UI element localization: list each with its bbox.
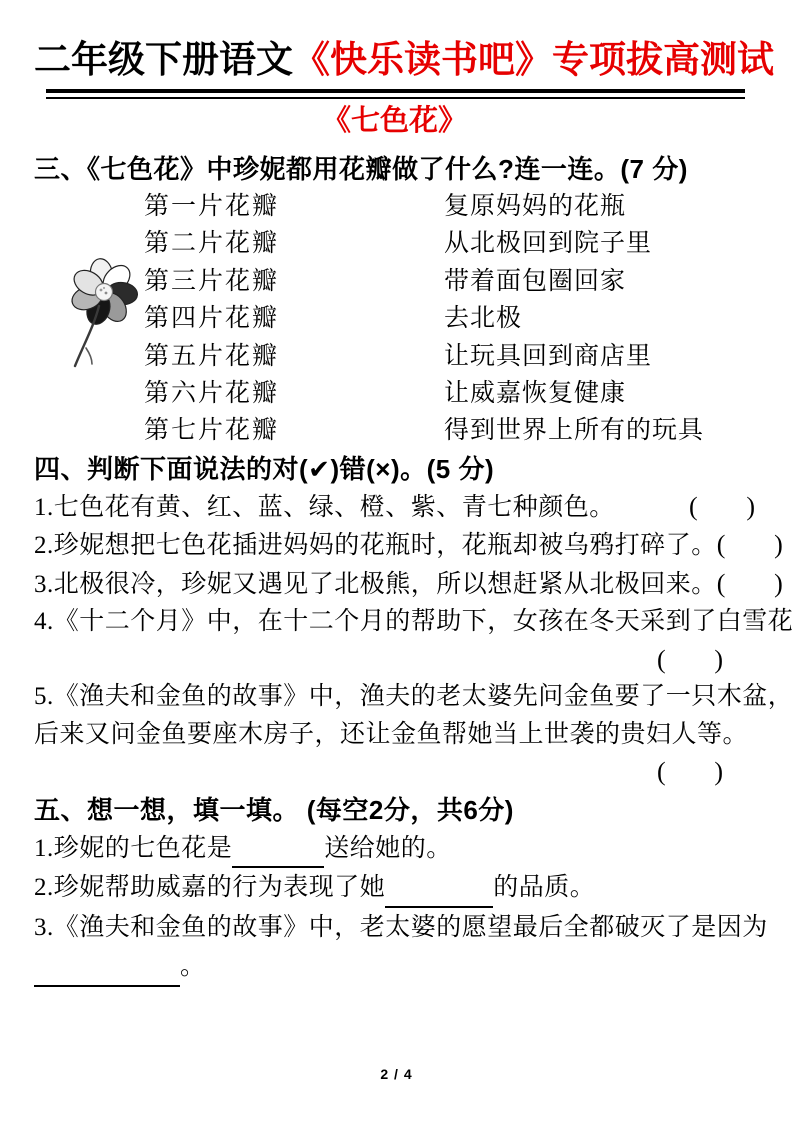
fill-blank-item-1: 1.珍妮的七色花是 送给她的。: [34, 829, 755, 869]
match-row-5: 第五片花瓣 让玩具回到商店里: [34, 338, 755, 375]
paren-open: (: [657, 641, 666, 679]
match-right-item: 得到世界上所有的玩具: [444, 412, 704, 449]
page-number: 2 / 4: [0, 1066, 793, 1082]
answer-parentheses: ( ): [657, 753, 723, 791]
fill-text-before: 3.《渔夫和金鱼的故事》中，老太婆的愿望最后全都破灭了是因为: [34, 908, 768, 948]
fill-text-before: 2.珍妮帮助威嘉的行为表现了她: [34, 868, 385, 908]
fill-text-after: 。: [180, 947, 206, 987]
matching-exercise: 第一片花瓣 复原妈妈的花瓶 第二片花瓣 从北极回到院子里 第三片花瓣 带着面包圈…: [34, 188, 755, 450]
paren-close: ): [746, 488, 755, 526]
paren-open: (: [657, 753, 666, 791]
match-right-item: 让玩具回到商店里: [444, 338, 652, 375]
match-right-item: 从北极回到院子里: [444, 225, 652, 262]
judgment-item-3: 3.北极很冷，珍妮又遇见了北极熊，所以想赶紧从北极回来。 ( ): [34, 565, 755, 604]
match-right-item: 带着面包圈回家: [444, 263, 626, 300]
answer-parentheses: ( ): [689, 488, 755, 526]
paren-open: (: [689, 488, 698, 526]
book-subtitle: 《七色花》: [34, 101, 755, 141]
fill-blank-item-2: 2.珍妮帮助威嘉的行为表现了她 的品质。: [34, 868, 755, 908]
match-left-item: 第一片花瓣: [144, 188, 444, 225]
title-black-part: 二年级下册语文: [34, 39, 293, 80]
match-left-item: 第三片花瓣: [144, 263, 444, 300]
judgment-item-4: 4.《十二个月》中，在十二个月的帮助下，女孩在冬天采到了白雪花。 ( ): [34, 603, 755, 678]
judgment-text: 2.珍妮想把七色花插进妈妈的花瓶时，花瓶却被乌鸦打碎了。: [34, 527, 717, 565]
judgment-text: 5.《渔夫和金鱼的故事》中，渔夫的老太婆先问金鱼要了一只木盆，: [34, 678, 793, 716]
title-divider: [46, 89, 745, 99]
paren-close: ): [714, 753, 723, 791]
match-right-item: 复原妈妈的花瓶: [444, 188, 626, 225]
fill-blank-line: [232, 836, 324, 868]
match-left-item: 第七片花瓣: [144, 412, 444, 449]
paren-close: ): [714, 641, 723, 679]
answer-parentheses-line: ( ): [34, 753, 755, 791]
answer-parentheses: ( ): [717, 565, 783, 603]
match-left-item: 第二片花瓣: [144, 225, 444, 262]
judgment-text: 后来又问金鱼要座木房子，还让金鱼帮她当上世袭的贵妇人等。: [34, 716, 748, 754]
match-row-3: 第三片花瓣 带着面包圈回家: [34, 263, 755, 300]
answer-parentheses-line: ( ): [34, 641, 755, 679]
match-right-item: 让威嘉恢复健康: [444, 375, 626, 412]
judgment-text: 1.七色花有黄、红、蓝、绿、橙、紫、青七种颜色。: [34, 489, 615, 527]
fill-text-after: 送给她的。: [324, 829, 452, 869]
judgment-text: 4.《十二个月》中，在十二个月的帮助下，女孩在冬天采到了白雪花。: [34, 603, 793, 641]
match-row-2: 第二片花瓣 从北极回到院子里: [34, 225, 755, 262]
fill-blank-line: [34, 955, 180, 987]
judgment-item-1: 1.七色花有黄、红、蓝、绿、橙、紫、青七种颜色。 ( ): [34, 488, 755, 527]
match-row-7: 第七片花瓣 得到世界上所有的玩具: [34, 412, 755, 449]
judgment-item-5: 5.《渔夫和金鱼的故事》中，渔夫的老太婆先问金鱼要了一只木盆， 后来又问金鱼要座…: [34, 678, 755, 791]
match-row-1: 第一片花瓣 复原妈妈的花瓶: [34, 188, 755, 225]
fill-blank-item-3: 3.《渔夫和金鱼的故事》中，老太婆的愿望最后全都破灭了是因为 。: [34, 908, 755, 987]
judgment-text: 3.北极很冷，珍妮又遇见了北极熊，所以想赶紧从北极回来。: [34, 566, 717, 604]
section-three-heading: 三、《七色花》中珍妮都用花瓣做了什么?连一连。(7 分): [34, 150, 755, 188]
match-left-item: 第四片花瓣: [144, 300, 444, 337]
match-row-4: 第四片花瓣 去北极: [34, 300, 755, 337]
answer-parentheses: ( ): [717, 526, 783, 564]
document-title: 二年级下册语文《快乐读书吧》专项拔高测试: [34, 36, 755, 84]
paren-close: ): [774, 565, 783, 603]
section-five-heading: 五、想一想，填一填。 (每空2分，共6分): [34, 791, 755, 829]
fill-blank-line: [385, 876, 493, 908]
title-red-part: 《快乐读书吧》专项拔高测试: [293, 39, 774, 80]
paren-open: (: [717, 565, 726, 603]
match-left-item: 第五片花瓣: [144, 338, 444, 375]
match-left-item: 第六片花瓣: [144, 375, 444, 412]
fill-text-before: 1.珍妮的七色花是: [34, 829, 232, 869]
paren-close: ): [774, 526, 783, 564]
answer-parentheses: ( ): [657, 641, 723, 679]
match-row-6: 第六片花瓣 让威嘉恢复健康: [34, 375, 755, 412]
match-right-item: 去北极: [444, 300, 522, 337]
judgment-item-2: 2.珍妮想把七色花插进妈妈的花瓶时，花瓶却被乌鸦打碎了。 ( ): [34, 526, 755, 565]
section-four-heading: 四、判断下面说法的对(✔)错(×)。(5 分): [34, 450, 755, 488]
fill-text-after: 的品质。: [493, 868, 595, 908]
test-paper-page: 二年级下册语文《快乐读书吧》专项拔高测试 《七色花》 三、《七色花》中珍妮都用花…: [0, 0, 793, 1122]
paren-open: (: [717, 526, 726, 564]
